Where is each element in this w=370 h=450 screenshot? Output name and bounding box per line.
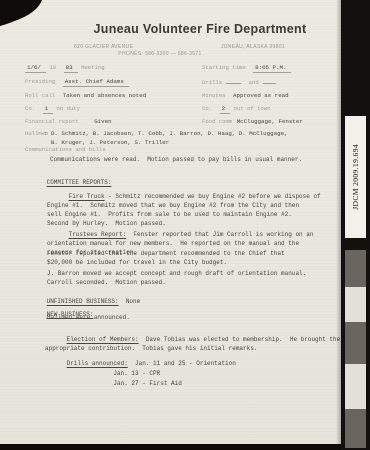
starting-time-value: 8:05 P.M. — [253, 64, 291, 73]
page-title: Juneau Volunteer Fire Department — [94, 22, 307, 36]
roll-call-value: Taken and absences noted — [63, 92, 147, 99]
date-value: 1/6/ — [25, 64, 46, 73]
form-row-minutes: Minutes Approved as read — [202, 92, 289, 99]
roll-call-label: Roll call — [25, 92, 55, 99]
hallmen-names: : D. Schmitz, B. Jacobsen, T. Cobb, J. B… — [44, 130, 288, 147]
hallmen-announced-line: Hallmen were announced. — [47, 313, 130, 322]
presiding-label: Presiding — [25, 78, 55, 85]
address-left: 820 GLACIER AVENUE — [74, 44, 133, 50]
co-duty-label: Co. — [25, 105, 35, 112]
co-town-value: 2 — [220, 105, 230, 114]
form-row-date: 1/6/ 19 83 Meeting — [25, 64, 109, 71]
form-row-roll-call: Roll call Taken and absences noted — [25, 92, 146, 99]
drills-lead: Drills announced: — [67, 360, 128, 367]
form-row-starting-time: Starting time 8:05 P.M. — [202, 64, 291, 71]
scan-corner-artifact — [0, 0, 48, 30]
scan-side-strip: JDCM 2009.19.694 — [341, 0, 370, 450]
communications-entry: Communications were read. Motion passed … — [50, 155, 302, 164]
archive-label-text: JDCM 2009.19.694 — [351, 144, 360, 210]
co-town-label: Co. — [202, 105, 212, 112]
archive-label: JDCM 2009.19.694 — [345, 116, 366, 238]
calibration-block-dark-2 — [345, 322, 366, 364]
fire-truck-lead: Fire Truck — [69, 193, 105, 200]
drills-blank-1 — [226, 78, 241, 84]
minutes-value: Approved as read — [233, 92, 289, 99]
minutes-label: Minutes — [202, 92, 226, 99]
co-duty-value: 1 — [43, 105, 53, 114]
address-right: JUNEAU, ALASKA 99801 — [221, 44, 285, 50]
form-row-co-town: Co. 2 out of town — [202, 105, 274, 112]
food-comm-label: Food comm — [202, 118, 232, 125]
calibration-block-light-2 — [345, 364, 366, 409]
year-prefix-label: 19 — [49, 64, 56, 71]
on-duty-label: on duty — [57, 105, 81, 112]
calibration-block-light-1 — [345, 287, 366, 322]
financial-value: Given — [94, 118, 111, 125]
financial-label: Financial report — [25, 118, 79, 125]
year-value: 83 — [64, 64, 78, 73]
presiding-value: Asst. Chief Adams — [63, 78, 129, 87]
form-row-food-comm: Food comm McCluggage, Fenster — [202, 118, 303, 125]
drills-and-label: and — [249, 79, 259, 86]
calibration-block-dark-3 — [345, 409, 366, 448]
scanned-document-page: Juneau Volunteer Fire Department 820 GLA… — [0, 0, 370, 450]
food-comm-value: McCluggage, Fenster — [237, 118, 303, 125]
out-of-town-label: out of town — [234, 105, 271, 112]
drills-blank-2 — [263, 78, 276, 84]
starting-time-label: Starting time — [202, 64, 246, 71]
phones-line: PHONES: 586-3300 — 586-3571 — [118, 51, 201, 57]
trustees-lead: Trustees Report: — [69, 231, 127, 238]
unfinished-business-value: None — [119, 298, 141, 305]
communications-label: Communications and bills — [25, 146, 110, 153]
orientation-motion-paragraph: J. Barron moved we accept concept and ro… — [47, 269, 306, 287]
form-row-presiding: Presiding Asst. Chief Adams — [25, 78, 129, 85]
form-row-financial: Financial report Given — [25, 118, 112, 125]
travel-paragraph: Fenster reported that the department rec… — [47, 249, 285, 267]
form-row-co-duty: Co. 1 on duty — [25, 105, 84, 112]
election-lead: Election of Members: — [67, 336, 139, 343]
drills-paragraph: Drills announced: Jan. 11 and 25 - Orien… — [45, 349, 236, 399]
meeting-label: Meeting — [81, 64, 105, 71]
drills-label: Drills — [202, 79, 222, 86]
communications-label-text: Communications and bills — [25, 146, 106, 153]
calibration-block-dark-1 — [345, 250, 366, 287]
form-row-drills: Drills and — [202, 78, 280, 86]
document-paper: Juneau Volunteer Fire Department 820 GLA… — [0, 0, 342, 444]
